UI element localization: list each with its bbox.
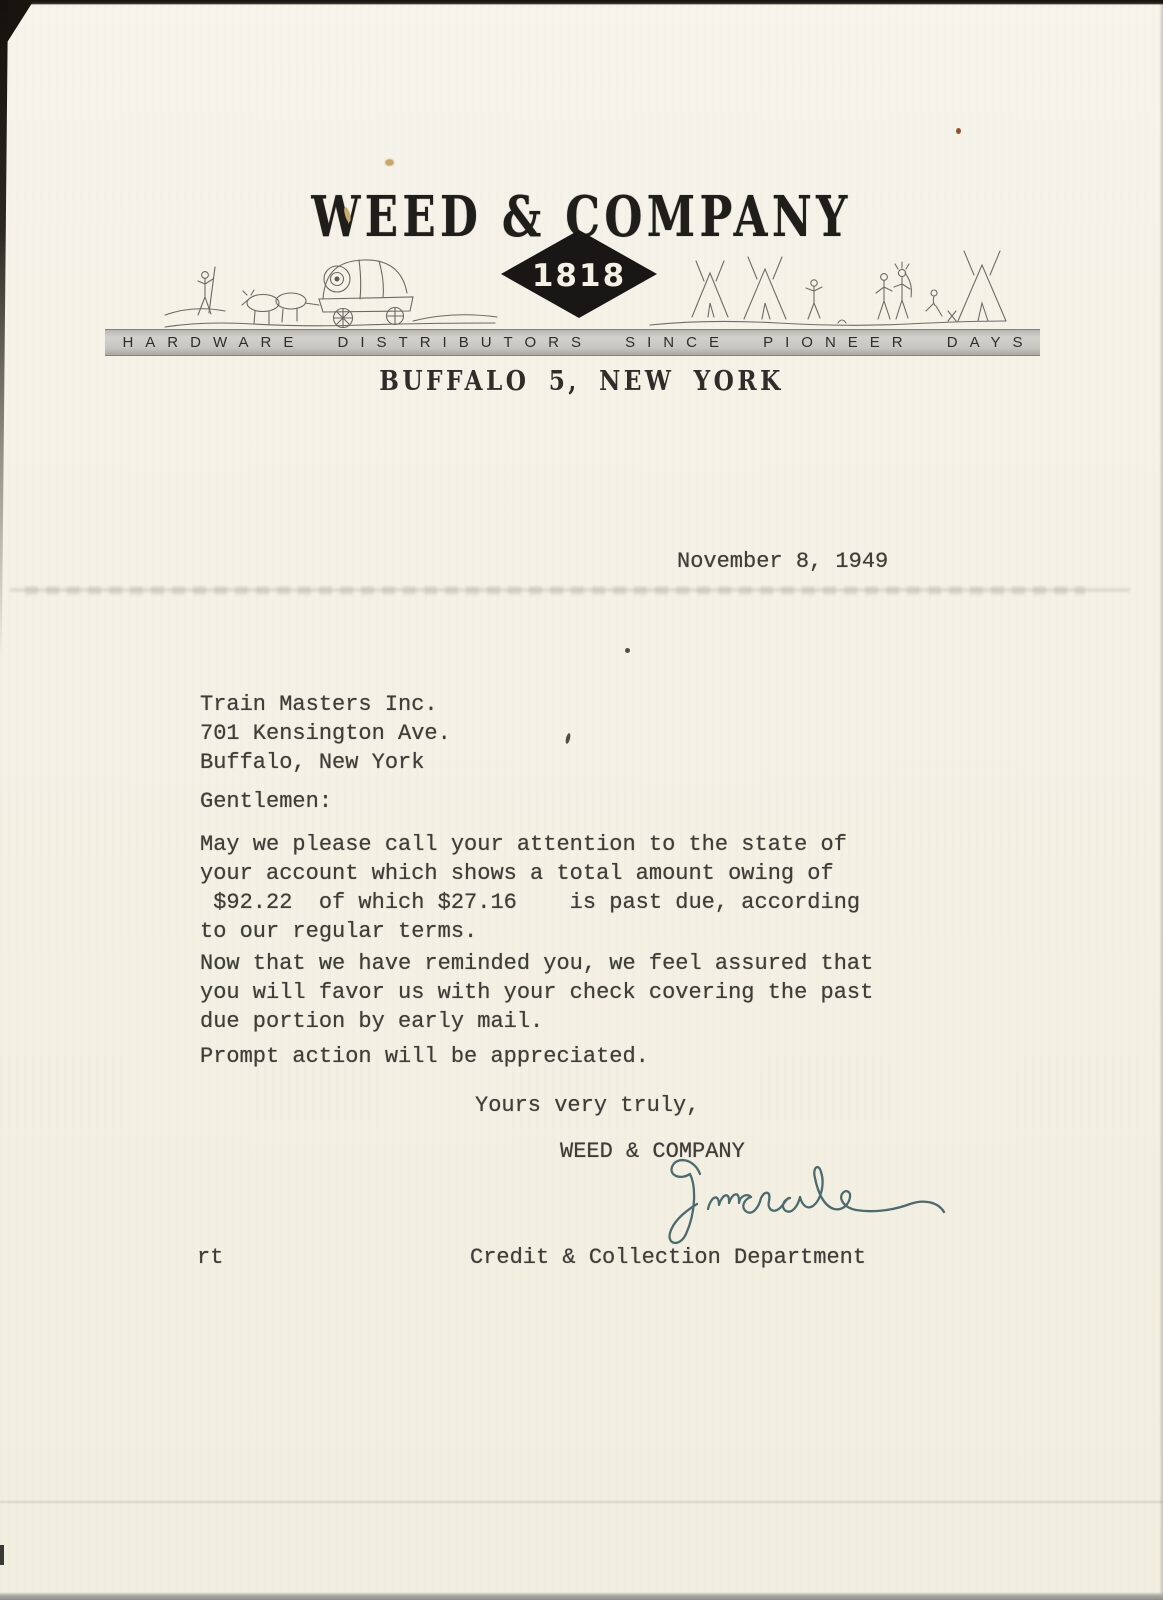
covered-wagon-illustration: [163, 237, 500, 333]
fold-crease-lower: [0, 1501, 1163, 1503]
hill-sketch: [413, 315, 497, 321]
walking-pioneer-figure: [198, 267, 215, 315]
body-paragraph-3: Prompt action will be appreciated.: [200, 1042, 649, 1071]
body-paragraph-2: Now that we have reminded you, we feel a…: [200, 949, 873, 1036]
foxing-spot: [385, 159, 394, 166]
city-line: BUFFALO 5, NEW YORK: [81, 366, 1081, 397]
teepee-medium: [744, 257, 786, 319]
oxen-team: [242, 290, 306, 324]
fold-crease-upper: [10, 588, 1130, 592]
foxing-spot: [956, 128, 961, 134]
ink-speck: [565, 733, 572, 745]
hill-sketch: [165, 309, 225, 315]
scan-edge-right: [1159, 0, 1163, 1600]
ink-speck: [625, 648, 630, 653]
salutation: Gentlemen:: [200, 787, 332, 816]
complimentary-closing: Yours very truly,: [475, 1091, 699, 1120]
tagline-text: HARDWARE DISTRIBUTORS SINCE PIONEER DAYS: [110, 334, 1034, 351]
covered-wagon: [305, 260, 413, 328]
established-year-text: 1818: [532, 258, 626, 294]
walking-figure: [806, 280, 822, 319]
scanned-letter-page: WEED & COMPANY: [0, 0, 1163, 1600]
bush-sketch: [838, 320, 846, 323]
body-paragraph-1: May we please call your attention to the…: [200, 830, 860, 946]
scan-edge-left: [0, 0, 8, 660]
kneeling-figure-campfire: [926, 290, 956, 321]
established-1818-diamond: 1818: [498, 228, 660, 320]
teepee-large: [958, 251, 1006, 321]
ground-line: [165, 323, 495, 327]
teepee-camp-illustration: [648, 237, 1008, 333]
scan-edge-notch: [0, 1545, 4, 1565]
recipient-address: Train Masters Inc. 701 Kensington Ave. B…: [200, 690, 451, 777]
ground-line: [650, 321, 1006, 325]
handwritten-signature: [612, 1146, 952, 1252]
teepee-small: [692, 261, 728, 317]
department-line: Credit & Collection Department: [470, 1243, 866, 1272]
typist-initials: rt: [197, 1243, 223, 1272]
scan-edge-top: [0, 0, 1163, 5]
scan-edge-bottom: [0, 1592, 1163, 1600]
tagline-banner: HARDWARE DISTRIBUTORS SINCE PIONEER DAYS: [105, 329, 1040, 356]
date-line: November 8, 1949: [677, 547, 888, 576]
standing-figures: [876, 262, 911, 319]
